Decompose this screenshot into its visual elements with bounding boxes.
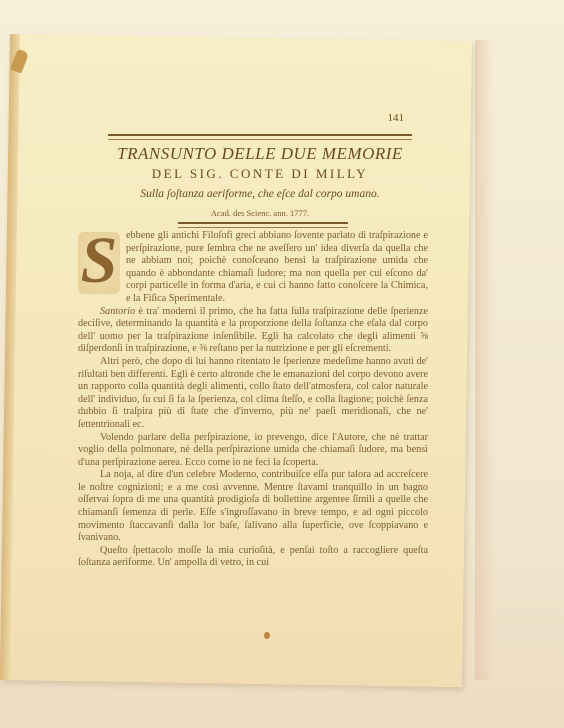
article-author: DEL SIG. CONTE DI MILLY [108, 166, 412, 182]
article-body: Sebbene gli antichi Filoſofi greci abbia… [78, 230, 428, 570]
article-title: TRANSUNTO DELLE DUE MEMORIE [108, 144, 412, 164]
header-rule [108, 134, 412, 140]
paragraph-3: Altri però, che dopo di lui hanno ritent… [78, 356, 428, 432]
ink-stain [264, 632, 270, 639]
paragraph-1: Sebbene gli antichi Filoſofi greci abbia… [78, 230, 428, 306]
article-subject: Sulla ſoſtanza aeriforme, che eſce dal c… [108, 188, 412, 200]
paragraph-4: Volendo parlare della perſpirazione, io … [78, 432, 428, 470]
decorated-initial: S [78, 232, 120, 294]
page-shadow [475, 40, 495, 680]
article-source: Acad. des Scienc. ann. 1777. [108, 208, 412, 218]
paragraph-5: La noja, al dire d'un celebre Moderno, c… [78, 469, 428, 545]
title-rule [178, 222, 348, 228]
page-number: 141 [388, 112, 405, 124]
person-name: Santorio [100, 306, 135, 317]
paragraph-2: Santorio è tra' moderni il primo, che ha… [78, 306, 428, 356]
paragraph-6: Queſto ſpettacolo moſſe la mia curioſità… [78, 545, 428, 570]
